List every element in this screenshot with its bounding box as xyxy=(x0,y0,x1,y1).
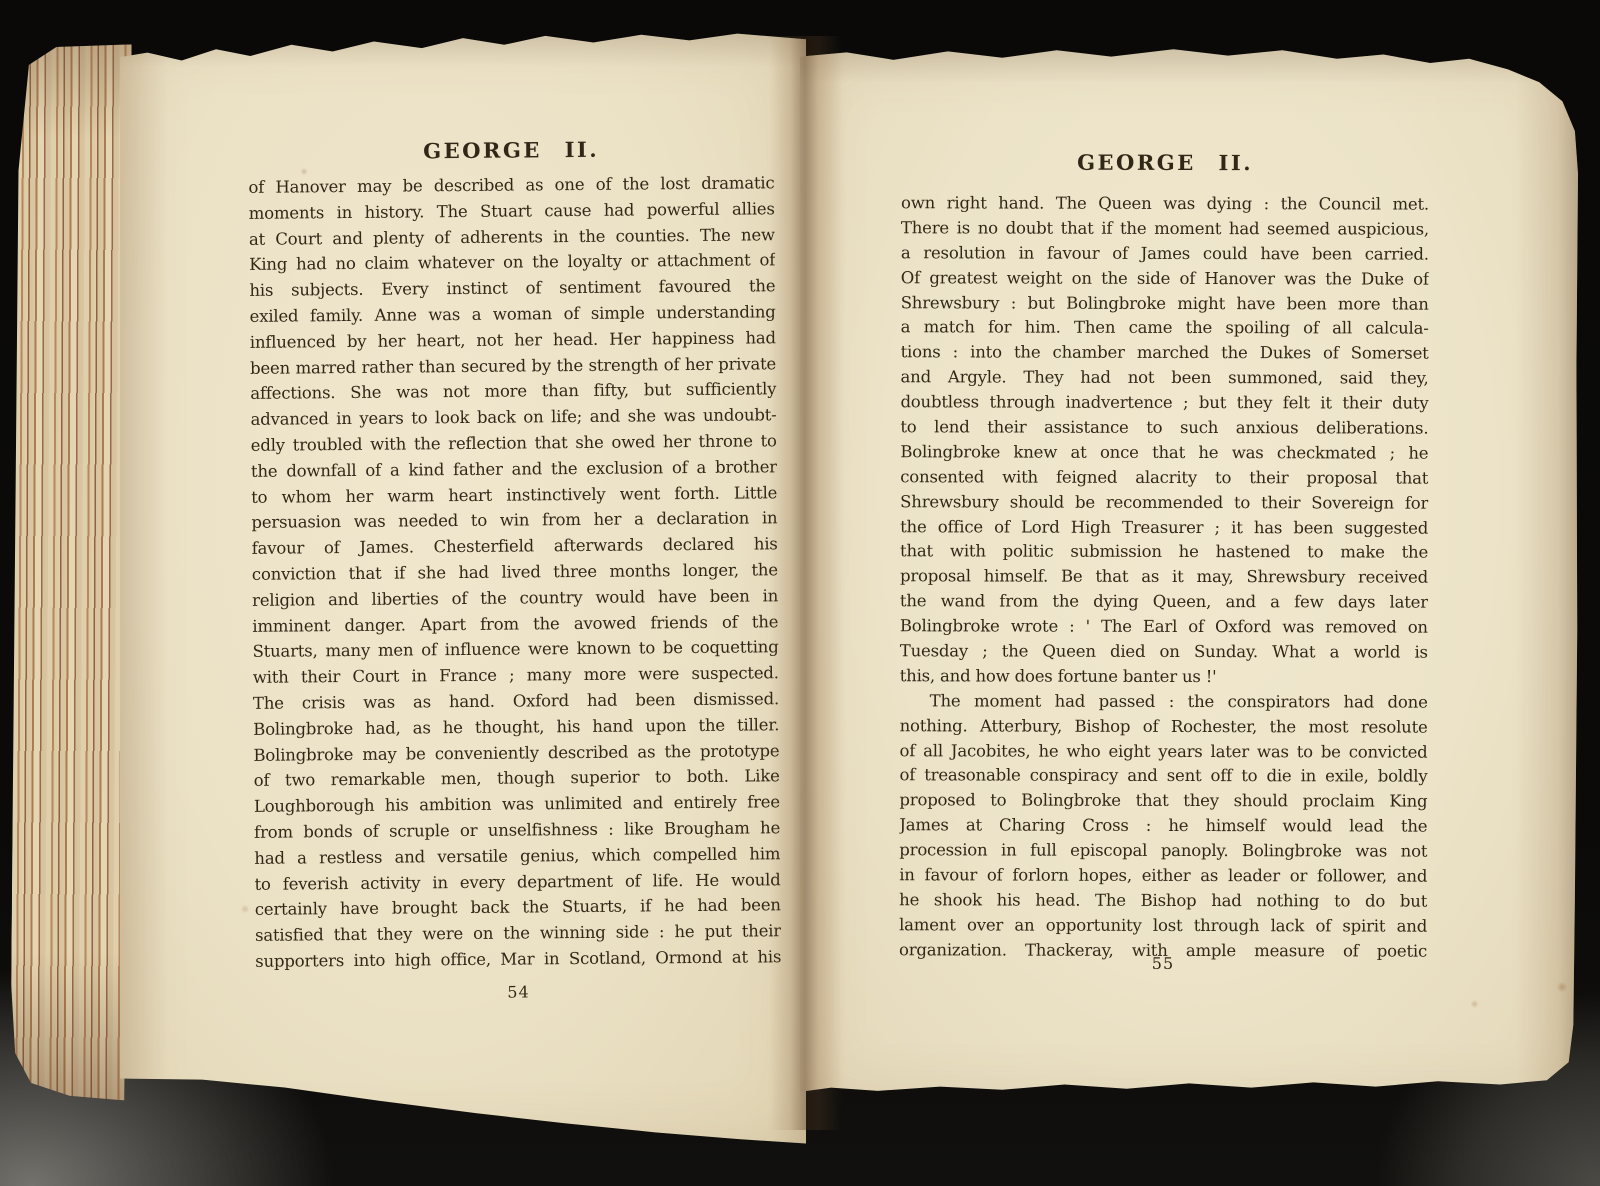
right-running-head: GEORGE II. xyxy=(901,149,1429,175)
text-line: procession in full episcopal panoply. Bo… xyxy=(899,840,1427,866)
text-line: the office of Lord High Treasurer ; it h… xyxy=(900,517,1428,543)
text-line: Shrewsbury : but Bolingbroke might have … xyxy=(901,293,1429,319)
text-line: of all Jacobites, he who eight years lat… xyxy=(900,741,1428,767)
text-line: Bolingbroke knew at once that he was che… xyxy=(900,442,1428,468)
paragraph: own right hand. The Queen was dying : th… xyxy=(900,193,1429,692)
text-line: to lend their assistance to such anxious… xyxy=(900,417,1428,443)
fanned-page-edges xyxy=(10,44,131,1101)
text-line: tions : into the chamber marched the Duk… xyxy=(901,343,1429,369)
right-page-number: 55 xyxy=(899,953,1427,973)
text-line: nothing. Atterbury, Bishop of Rochester,… xyxy=(900,716,1428,742)
text-line: of treasonable conspiracy and sent off t… xyxy=(899,766,1427,792)
text-line: doubtless through inadvertence ; but the… xyxy=(900,392,1428,418)
text-line: a resolution in favour of James could ha… xyxy=(901,243,1429,269)
text-line: and Argyle. They had not been summoned, … xyxy=(900,367,1428,393)
right-page-content: GEORGE II. own right hand. The Queen was… xyxy=(799,45,1580,1111)
text-line: proposal himself. Be that as it may, Shr… xyxy=(900,567,1428,593)
text-line: in favour of forlorn hopes, either as le… xyxy=(899,865,1427,891)
text-line: supporters into high office, Mar in Scot… xyxy=(255,947,781,977)
text-line: Shrewsbury should be recommended to thei… xyxy=(900,492,1428,518)
left-text-block: of Hanover may be described as one of th… xyxy=(248,173,781,977)
text-line: a match for him. Then came the spoiling … xyxy=(901,318,1429,344)
paragraph: The moment had passed : the conspirators… xyxy=(899,691,1428,966)
left-page: GEORGE II. of Hanover may be described a… xyxy=(120,28,806,1148)
open-book-photo: GEORGE II. of Hanover may be described a… xyxy=(0,0,1600,1186)
text-line: James at Charing Cross : he himself woul… xyxy=(899,816,1427,842)
right-text-block: own right hand. The Queen was dying : th… xyxy=(899,193,1429,966)
paragraph: of Hanover may be described as one of th… xyxy=(248,173,781,977)
left-page-content: GEORGE II. of Hanover may be described a… xyxy=(115,25,811,1151)
text-line: There is no doubt that if the moment had… xyxy=(901,218,1429,244)
text-line: he shook his head. The Bishop had nothin… xyxy=(899,890,1427,916)
text-line: this, and how does fortune banter us !' xyxy=(900,666,1428,692)
text-line: Bolingbroke wrote : ' The Earl of Oxford… xyxy=(900,616,1428,642)
text-line: The moment had passed : the conspirators… xyxy=(900,691,1428,717)
text-line: that with politic submission he hastened… xyxy=(900,542,1428,568)
text-line: the wand from the dying Queen, and a few… xyxy=(900,591,1428,617)
text-line: own right hand. The Queen was dying : th… xyxy=(901,193,1429,219)
right-page: GEORGE II. own right hand. The Queen was… xyxy=(800,46,1578,1110)
left-running-head: GEORGE II. xyxy=(248,135,774,165)
left-page-number: 54 xyxy=(255,980,781,1004)
text-line: Of greatest weight on the side of Hanove… xyxy=(901,268,1429,294)
text-line: consented with feigned alacrity to their… xyxy=(900,467,1428,493)
text-line: proposed to Bolingbroke that they should… xyxy=(899,791,1427,817)
text-line: lament over an opportunity lost through … xyxy=(899,915,1427,941)
text-line: Tuesday ; the Queen died on Sunday. What… xyxy=(900,641,1428,667)
